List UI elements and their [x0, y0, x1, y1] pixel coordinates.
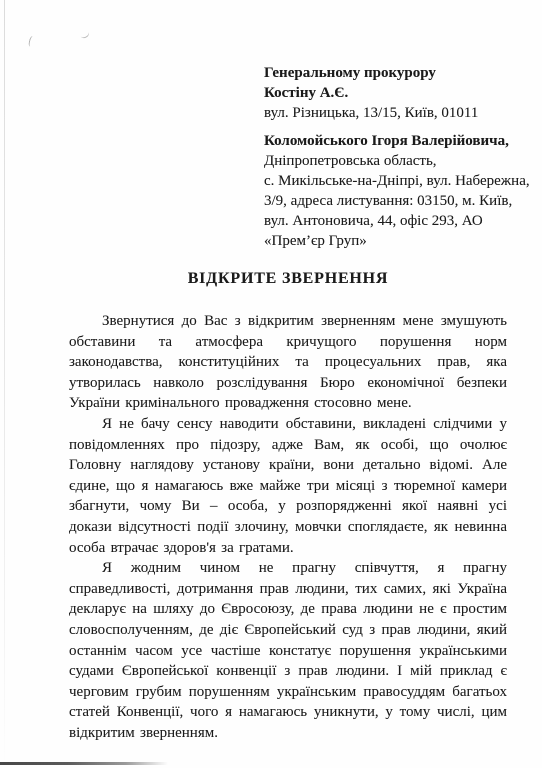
- letter-title: ВІДКРИТЕ ЗВЕРНЕННЯ: [69, 270, 507, 288]
- block-gap: [264, 123, 514, 131]
- recipient-address: вул. Різницька, 13/15, Київ, 01011: [264, 103, 514, 123]
- sender-street: с. Микільське-на-Дніпрі, вул. Набережна,: [264, 171, 514, 191]
- letter-body: Звернутися до Вас з відкритим зверненням…: [69, 311, 507, 743]
- scanned-letter-page: Генеральному прокурору Костіну А.Є. вул.…: [0, 0, 542, 768]
- sender-office: вул. Антоновича, 44, офіс 293, АО: [264, 211, 514, 231]
- letter-paragraph-1: Звернутися до Вас з відкритим зверненням…: [69, 311, 507, 414]
- address-block: Генеральному прокурору Костіну А.Є. вул.…: [264, 63, 514, 251]
- sender-region: Дніпропетровська область,: [264, 151, 514, 171]
- recipient-title: Генеральному прокурору: [264, 63, 514, 83]
- sender-mailing-address: 3/9, адреса листування: 03150, м. Київ,: [264, 191, 514, 211]
- letter-paragraph-2: Я не бачу сенсу наводити обставини, викл…: [69, 414, 507, 558]
- scan-left-edge-shadow: [4, 0, 5, 768]
- scan-artifact-mark: [79, 28, 91, 39]
- sender-company: «Прем’єр Груп»: [264, 231, 514, 251]
- letter-paragraph-3: Я жодним чином не прагну співчуття, я пр…: [69, 558, 507, 743]
- sender-name: Коломойського Ігоря Валерійовича,: [264, 131, 514, 151]
- scan-bottom-line-artifact: [0, 762, 168, 765]
- scan-artifact-mark: [28, 36, 36, 48]
- recipient-name: Костіну А.Є.: [264, 83, 514, 103]
